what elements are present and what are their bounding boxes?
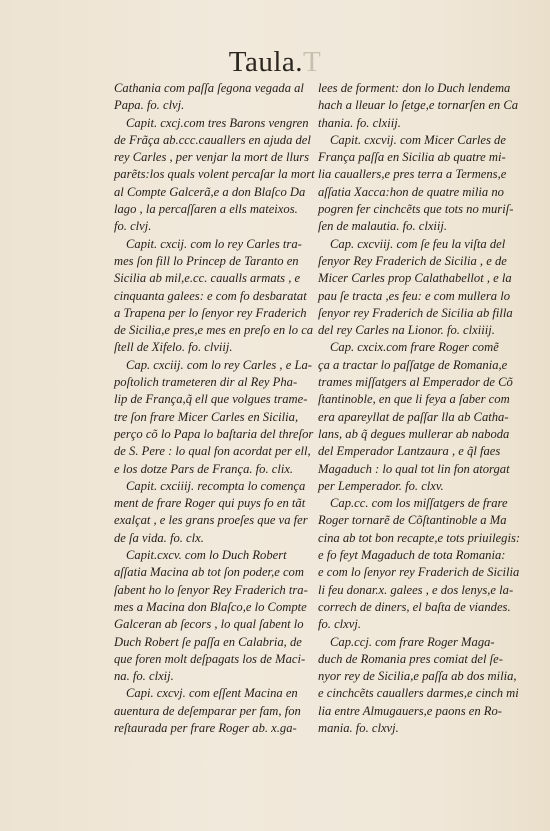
text-line: mes a Macina don Blaſco,e lo Compte bbox=[114, 599, 312, 616]
text-line: correch de diners, el baſta de viandes. bbox=[318, 599, 516, 616]
page-title-text: Taula. bbox=[229, 46, 303, 78]
chapter-entry-start-line: Capi. cxcvj. com eſſent Macina en bbox=[114, 685, 312, 702]
chapter-entry-start-line: Capit. cxciiij. recompta lo comença bbox=[114, 478, 312, 495]
text-line: e fo feyt Magaduch de tota Romania: bbox=[318, 547, 516, 564]
text-line: ſenyor Rey Fraderich de Sicilia , e de bbox=[318, 253, 516, 270]
chapter-entry-start-line: Cap.ccj. com frare Roger Maga- bbox=[318, 634, 516, 651]
text-line: de Frãça ab.ccc.cauallers en ajuda del bbox=[114, 132, 312, 149]
text-line: Magaduch : lo qual tot lin fon atorgat bbox=[318, 461, 516, 478]
text-line: nyor rey de Sicilia,e paſſa ab dos milia… bbox=[318, 668, 516, 685]
text-line: Sicilia ab mil,e.cc. caualls armats , e bbox=[114, 270, 312, 287]
text-line: Cathania com paſſa ſegona vegada al bbox=[114, 80, 312, 97]
text-line: thania. fo. clxiij. bbox=[318, 115, 516, 132]
text-line: Roger tornarẽ de Cõſtantinoble a Ma bbox=[318, 512, 516, 529]
text-line: cina ab tot bon recapte,e tots priuilegi… bbox=[318, 530, 516, 547]
text-line: lia cauallers,e pres terra a Termens,e bbox=[318, 166, 516, 183]
text-line: ça a tractar lo paſſatge de Romania,e bbox=[318, 357, 516, 374]
text-line: del rey Carles na Lionor. fo. clxiiij. bbox=[318, 322, 516, 339]
text-line: lago , la percaſſaren a ells mateixos. bbox=[114, 201, 312, 218]
text-line: mes ſon fill lo Princep de Taranto en bbox=[114, 253, 312, 270]
right-text-column: lees de forment: don lo Duch lendemahach… bbox=[318, 80, 516, 737]
text-line: lia entre Almugauers,e paons en Ro- bbox=[318, 703, 516, 720]
chapter-entry-start-line: Cap. cxcviij. com ſe feu la viſta del bbox=[318, 236, 516, 253]
text-line: reſtaurada per frare Roger ab. x.ga- bbox=[114, 720, 312, 737]
chapter-entry-start-line: Cap.cc. com los miſſatgers de frare bbox=[318, 495, 516, 512]
text-line: Papa. fo. clvj. bbox=[114, 97, 312, 114]
text-line: pau ſe tracta ,es feu: e com mullera lo bbox=[318, 288, 516, 305]
text-line: fo. clxvj. bbox=[318, 616, 516, 633]
page-title-ghost-letter: T bbox=[303, 46, 321, 78]
chapter-entry-start-line: Cap. cxcix.com frare Roger comẽ bbox=[318, 339, 516, 356]
text-line: que foren molt deſpagats los de Maci- bbox=[114, 651, 312, 668]
chapter-entry-start-line: Cap. cxciij. com lo rey Carles , e La- bbox=[114, 357, 312, 374]
text-line: Galceran ab ſecors , lo qual ſabent lo bbox=[114, 616, 312, 633]
left-text-column: Cathania com paſſa ſegona vegada alPapa.… bbox=[114, 80, 312, 737]
chapter-entry-start-line: Capit. cxcij. com lo rey Carles tra- bbox=[114, 236, 312, 253]
text-line: e com lo ſenyor rey Fraderich de Sicilia bbox=[318, 564, 516, 581]
text-line: era apareyllat de paſſar lla ab Catha- bbox=[318, 409, 516, 426]
text-line: hach a lleuar lo ſetge,e tornarſen en Ca bbox=[318, 97, 516, 114]
text-line: ſenyor rey Fraderich de Sicilia ab filla bbox=[318, 305, 516, 322]
text-line: perço cõ lo Papa lo baſtaria del threſor bbox=[114, 426, 312, 443]
chapter-entry-start-line: Capit. cxcj.com tres Barons vengren bbox=[114, 115, 312, 132]
text-line: e cinchcẽts cauallers darmes,e cinch mi bbox=[318, 685, 516, 702]
text-line: aſſatia Macina ab tot ſon poder,e com bbox=[114, 564, 312, 581]
text-line: a Trapena per lo ſenyor rey Fraderich bbox=[114, 305, 312, 322]
chapter-entry-start-line: Capit. cxcvij. com Micer Carles de bbox=[318, 132, 516, 149]
chapter-entry-start-line: Capit.cxcv. com lo Duch Robert bbox=[114, 547, 312, 564]
text-line: Micer Carles prop Calathabellot , e la bbox=[318, 270, 516, 287]
text-line: per Lemperador. fo. clxv. bbox=[318, 478, 516, 495]
text-line: duch de Romania pres comiat del ſe- bbox=[318, 651, 516, 668]
text-line: al Compte Galcerã,e a don Blaſco Da bbox=[114, 184, 312, 201]
text-line: aſſatia Xacca:hon de quatre milia no bbox=[318, 184, 516, 201]
text-line: del Emperador Lantzaura , e q̃l faes bbox=[318, 443, 516, 460]
text-line: mania. fo. clxvj. bbox=[318, 720, 516, 737]
text-line: lip de França,q̃ ell que volgues trame- bbox=[114, 391, 312, 408]
text-line: parẽts:los quals volent percaſar la mort bbox=[114, 166, 312, 183]
text-line: pogren fer cinchcẽts que tots no muriſ- bbox=[318, 201, 516, 218]
text-line: poſtolich trameteren dir al Rey Pha- bbox=[114, 374, 312, 391]
text-line: auentura de deſemparar per fam, fon bbox=[114, 703, 312, 720]
text-line: rey Carles , per venjar la mort de llurs bbox=[114, 149, 312, 166]
text-line: Duch Robert ſe paſſa en Calabria, de bbox=[114, 634, 312, 651]
text-line: lees de forment: don lo Duch lendema bbox=[318, 80, 516, 97]
text-line: de ſa vida. fo. clx. bbox=[114, 530, 312, 547]
text-line: ſen de malautia. fo. clxiij. bbox=[318, 218, 516, 235]
text-line: de Sicilia,e pres,e mes en preſo en lo c… bbox=[114, 322, 312, 339]
text-line: trames miſſatgers al Emperador de Cõ bbox=[318, 374, 516, 391]
text-line: e los dotze Pars de França. fo. clix. bbox=[114, 461, 312, 478]
text-line: lans, ab q̃ degues mullerar ab naboda bbox=[318, 426, 516, 443]
text-line: exalçat , e les grans proeſes que va fer bbox=[114, 512, 312, 529]
book-page: Taula.T Cathania com paſſa ſegona vegada… bbox=[0, 0, 550, 831]
text-line: ſabent ho lo ſenyor Rey Fraderich tra- bbox=[114, 582, 312, 599]
text-line: na. fo. clxij. bbox=[114, 668, 312, 685]
text-line: tre ſon frare Micer Carles en Sicilia, bbox=[114, 409, 312, 426]
text-line: França paſſa en Sicilia ab quatre mi- bbox=[318, 149, 516, 166]
text-line: li feu donar.x. galees , e dos lenys,e l… bbox=[318, 582, 516, 599]
text-line: cinquanta galees: e com fo desbaratat bbox=[114, 288, 312, 305]
text-line: ſtell de Xifelo. fo. clviij. bbox=[114, 339, 312, 356]
page-title: Taula.T bbox=[0, 46, 550, 79]
text-line: fo. clvj. bbox=[114, 218, 312, 235]
text-line: ment de frare Roger qui puys fo en tãt bbox=[114, 495, 312, 512]
text-line: ſtantinoble, en que li feya a ſaber com bbox=[318, 391, 516, 408]
text-line: de S. Pere : lo qual fon acordat per ell… bbox=[114, 443, 312, 460]
